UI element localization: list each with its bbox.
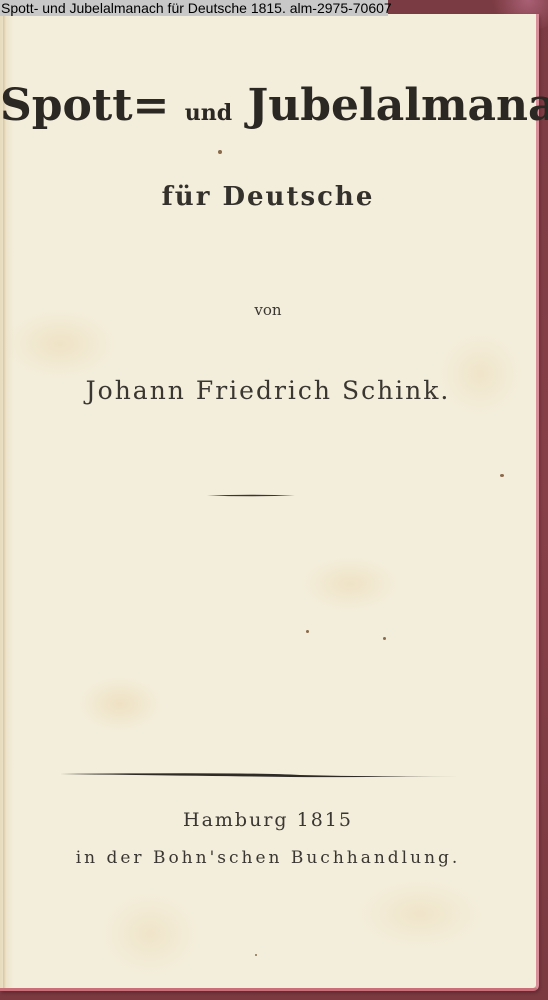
author-name: Johann Friedrich Schink. bbox=[0, 376, 536, 405]
title-part-2: Jubelalmanach bbox=[247, 80, 548, 131]
ornamental-rule-short bbox=[207, 494, 295, 497]
imprint-place-year: Hamburg 1815 bbox=[0, 809, 536, 831]
window-title: Spott- und Jubelalmanach für Deutsche 18… bbox=[0, 0, 388, 16]
title-connector: und bbox=[185, 100, 232, 126]
book-title: Spott= und Jubelalmanach bbox=[0, 80, 536, 131]
ink-speck bbox=[383, 637, 386, 640]
ink-speck bbox=[218, 150, 222, 154]
by-line: von bbox=[0, 301, 536, 319]
page-gutter bbox=[3, 14, 6, 988]
title-part-1: Spott= bbox=[0, 80, 169, 131]
title-page: Spott= und Jubelalmanach für Deutsche vo… bbox=[0, 14, 539, 991]
imprint-publisher: in der Bohn'schen Buchhandlung. bbox=[0, 848, 536, 868]
ink-speck bbox=[306, 630, 309, 633]
ink-speck bbox=[500, 474, 504, 477]
book-subtitle: für Deutsche bbox=[0, 182, 536, 212]
ornamental-rule-long bbox=[60, 772, 460, 778]
ink-speck bbox=[255, 954, 257, 956]
